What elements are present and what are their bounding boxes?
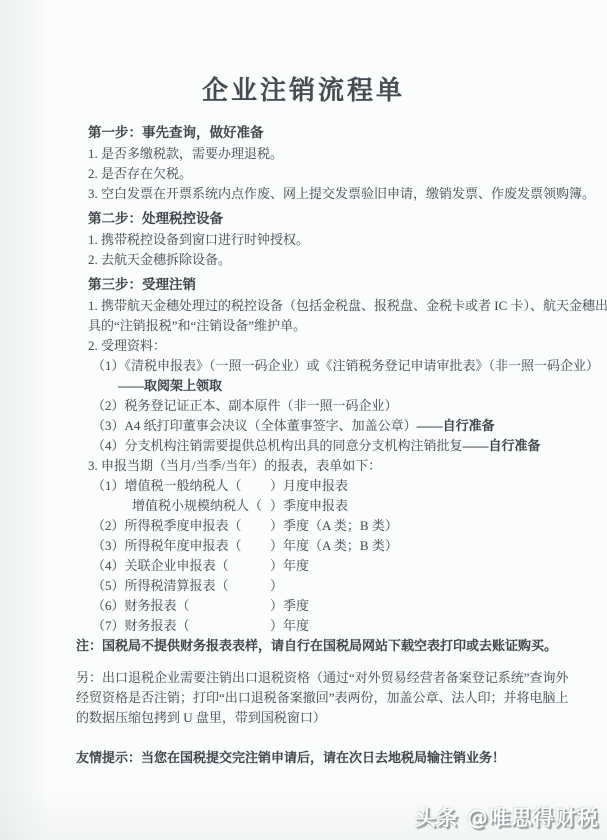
export-tax-note-line-2: 经贸资格是否注销；打印“出口退税备案撤回”表两份，加盖公章、法人印；并将电脑上 <box>76 688 576 708</box>
step3-item3: 3. 申报当期（当月/当季/当年）的报表，表单如下： <box>88 456 576 476</box>
material-4-text: （4）分支机构注销需要提供总机构出具的同意分支机构注销批复 <box>92 438 463 453</box>
material-1-note: ——取阅架上领取 <box>118 376 576 396</box>
document-title: 企业注销流程单 <box>0 70 607 107</box>
form-row-suffix: ） <box>270 576 283 596</box>
material-3: （3）A4 纸打印董事会决议（全体董事签字、加盖公章）——自行准备 <box>92 416 576 436</box>
step2-item-1: 1. 携带税控设备到窗口进行时钟授权。 <box>88 230 576 250</box>
form-row-label: （3）所得税年度申报表（ <box>92 536 270 556</box>
export-tax-note-line-3: 的数据压缩包拷到 U 盘里，带到国税窗口） <box>76 708 576 728</box>
export-tax-note-line-1: 另：出口退税企业需要注销出口退税资格（通过“对外贸易经营者备案登记系统”查询外 <box>76 668 576 688</box>
form-row-financial-year: （7）财务报表（ ）年度 <box>92 616 576 636</box>
step1-item-2: 2. 是否存在欠税。 <box>88 164 576 184</box>
material-4: （4）分支机构注销需要提供总机构出具的同意分支机构注销批复——自行准备 <box>92 436 576 456</box>
financial-report-note: 注：国税局不提供财务报表表样，请自行在国税局网站下载空表打印或去账证购买。 <box>76 636 576 656</box>
scanned-document-page: 企业注销流程单 第一步：事先查询，做好准备 1. 是否多缴税款，需要办理退税。 … <box>0 0 607 840</box>
material-2: （2）税务登记证正本、副本原件（非一照一码企业） <box>92 396 576 416</box>
form-row-suffix: ）季度申报表 <box>270 496 348 516</box>
form-row-income-liquidation: （5）所得税清算报表（ ） <box>92 576 576 596</box>
form-row-label: （4）关联企业申报表（ <box>92 556 270 576</box>
step3-item2: 2. 受理资料： <box>88 336 576 356</box>
form-row-suffix: ）年度 <box>270 616 309 636</box>
form-row-label: （2）所得税季度申报表（ <box>92 516 270 536</box>
form-row-income-quarter: （2）所得税季度申报表（ ）季度（A 类；B 类） <box>92 516 576 536</box>
form-row-financial-quarter: （6）财务报表（ ）季度 <box>92 596 576 616</box>
step1-item-1: 1. 是否多缴税款，需要办理退税。 <box>88 144 576 164</box>
form-row-suffix: ）季度 <box>270 596 309 616</box>
form-row-vat-small: 增值税小规模纳税人（ ）季度申报表 <box>92 496 576 516</box>
form-row-suffix: ）季度（A 类；B 类） <box>270 516 398 536</box>
step3-heading: 第三步：受理注销 <box>88 274 576 296</box>
step2-item-2: 2. 去航天金穗拆除设备。 <box>88 250 576 270</box>
step2-heading: 第二步：处理税控设备 <box>88 208 576 230</box>
paragraph-gap <box>76 656 576 668</box>
friendly-tip: 友情提示：当您在国税提交完注销申请后，请在次日去地税局输注销业务！ <box>76 748 576 768</box>
form-row-label: （5）所得税清算报表（ <box>92 576 270 596</box>
step3-item1-line2: 具的“注销报税”和“注销设备”维护单。 <box>88 316 576 336</box>
step3-item1-line1: 1. 携带航天金穗处理过的税控设备（包括金税盘、报税盘、金税卡或者 IC 卡）、… <box>88 296 576 316</box>
step1-heading: 第一步：事先查询，做好准备 <box>88 122 576 144</box>
material-3-bold: ——自行准备 <box>417 418 495 433</box>
watermark-toutiao-handle: 头条 @唯思得财税 <box>415 802 599 832</box>
form-row-income-year: （3）所得税年度申报表（ ）年度（A 类；B 类） <box>92 536 576 556</box>
material-1: （1）《清税申报表》（一照一码企业）或《注销税务登记申请审批表》（非一照一码企业… <box>92 356 576 376</box>
paragraph-gap <box>76 728 576 748</box>
form-row-suffix: ）年度 <box>270 556 309 576</box>
form-row-vat-general: （1）增值税一般纳税人（ ）月度申报表 <box>92 476 576 496</box>
form-row-related-enterprise: （4）关联企业申报表（ ）年度 <box>92 556 576 576</box>
form-row-suffix: ）年度（A 类；B 类） <box>270 536 398 556</box>
form-row-label: （6）财务报表（ <box>92 596 270 616</box>
step1-item-3: 3. 空白发票在开票系统内点作废、网上提交发票验旧申请，缴销发票、作废发票领购簿… <box>88 184 576 204</box>
form-row-label: （1）增值税一般纳税人（ <box>92 476 270 496</box>
material-3-text: （3）A4 纸打印董事会决议（全体董事签字、加盖公章） <box>92 418 417 433</box>
form-row-label: （7）财务报表（ <box>92 616 270 636</box>
form-row-suffix: ）月度申报表 <box>270 476 348 496</box>
document-body: 第一步：事先查询，做好准备 1. 是否多缴税款，需要办理退税。 2. 是否存在欠… <box>76 122 576 768</box>
material-4-bold: ——自行准备 <box>463 438 541 453</box>
form-row-label: 增值税小规模纳税人（ <box>132 496 270 516</box>
